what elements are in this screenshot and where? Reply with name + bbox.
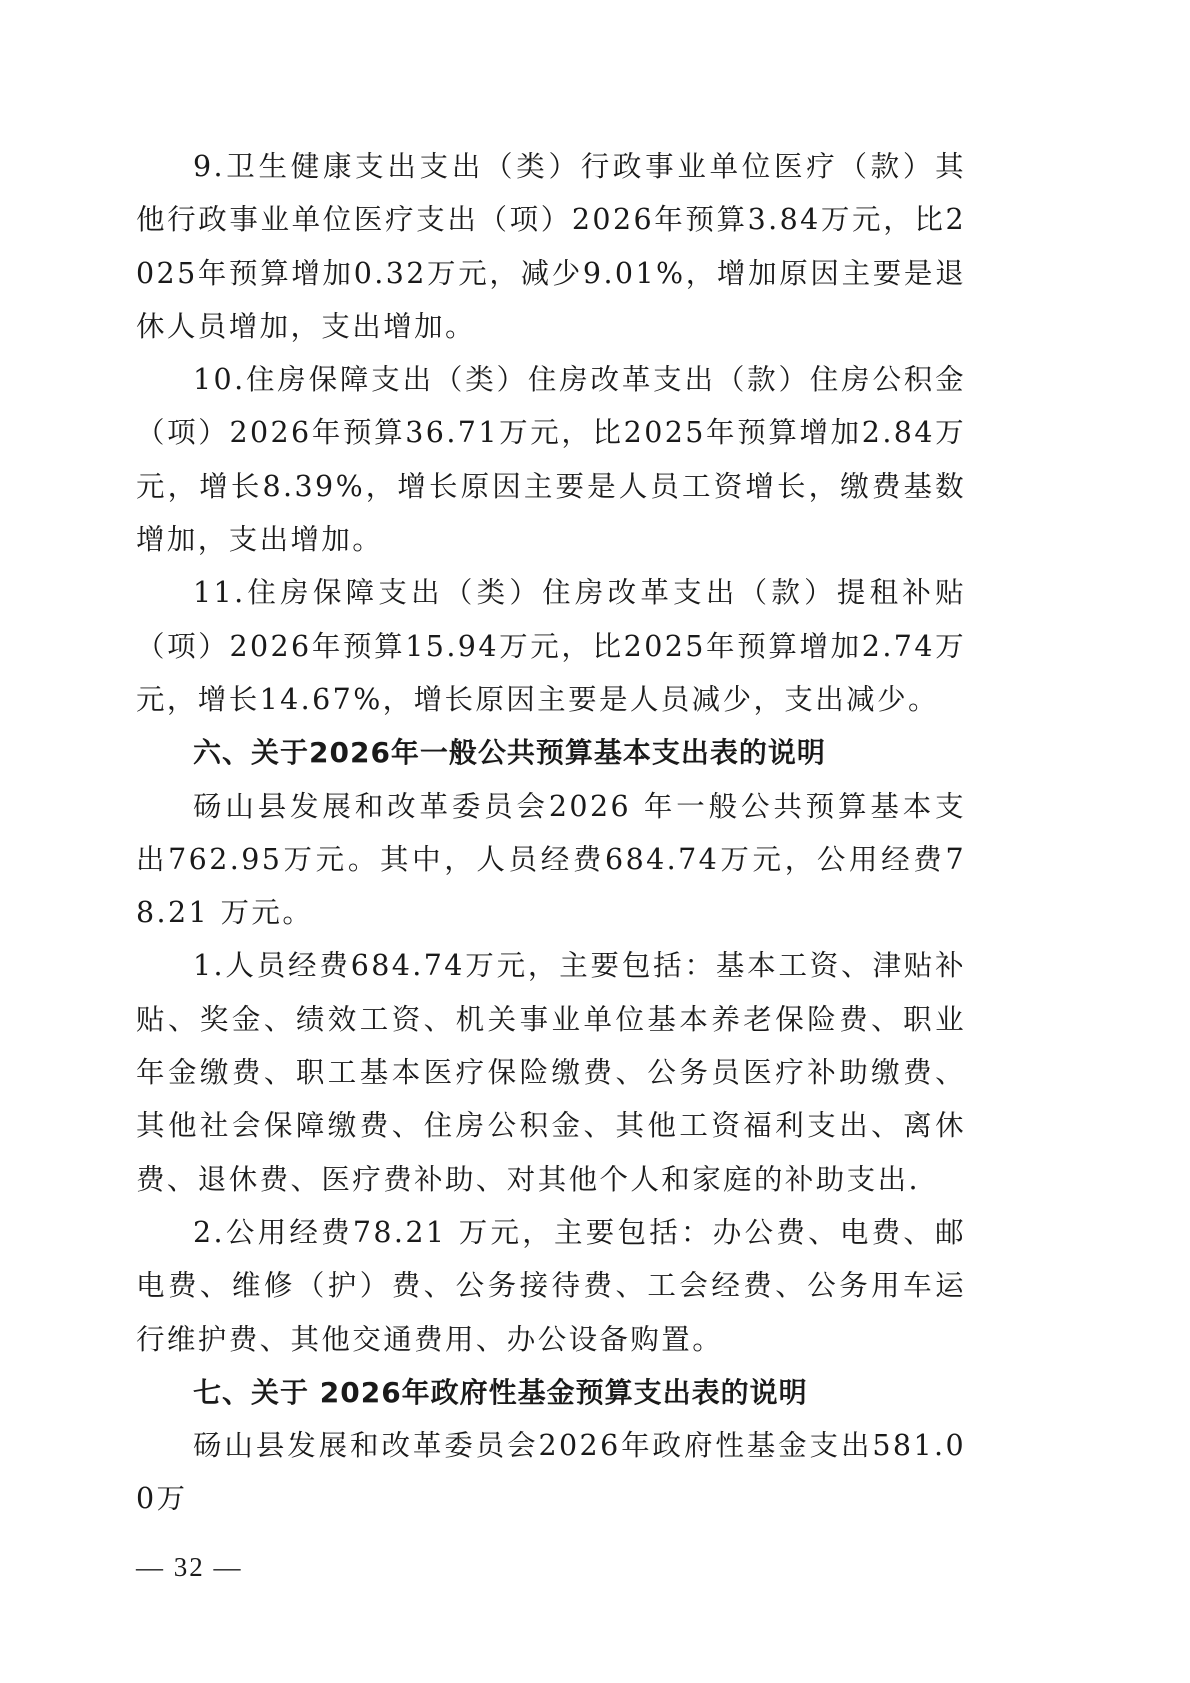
paragraph-item-11-rent-subsidy: 11.住房保障支出（类）住房改革支出（款）提租补贴（项）2026年预算15.94… <box>136 566 966 726</box>
document-page: 9.卫生健康支出支出（类）行政事业单位医疗（款）其他行政事业单位医疗支出（项）2… <box>136 140 966 1526</box>
paragraph-public-expenses: 2.公用经费78.21 万元，主要包括：办公费、电费、邮电费、维修（护）费、公务… <box>136 1206 966 1366</box>
paragraph-basic-expenditure-summary: 砀山县发展和改革委员会2026 年一般公共预算基本支出762.95万元。其中，人… <box>136 780 966 940</box>
section-heading-6: 六、关于2026年一般公共预算基本支出表的说明 <box>136 726 966 779</box>
paragraph-item-10-housing-provident-fund: 10.住房保障支出（类）住房改革支出（款）住房公积金（项）2026年预算36.7… <box>136 353 966 566</box>
paragraph-government-fund-summary: 砀山县发展和改革委员会2026年政府性基金支出581.00万 <box>136 1419 966 1526</box>
paragraph-item-9-health-expenditure: 9.卫生健康支出支出（类）行政事业单位医疗（款）其他行政事业单位医疗支出（项）2… <box>136 140 966 353</box>
section-heading-7: 七、关于 2026年政府性基金预算支出表的说明 <box>136 1366 966 1419</box>
paragraph-personnel-expenses: 1.人员经费684.74万元，主要包括：基本工资、津贴补贴、奖金、绩效工资、机关… <box>136 939 966 1205</box>
page-number: — 32 — <box>136 1552 243 1583</box>
